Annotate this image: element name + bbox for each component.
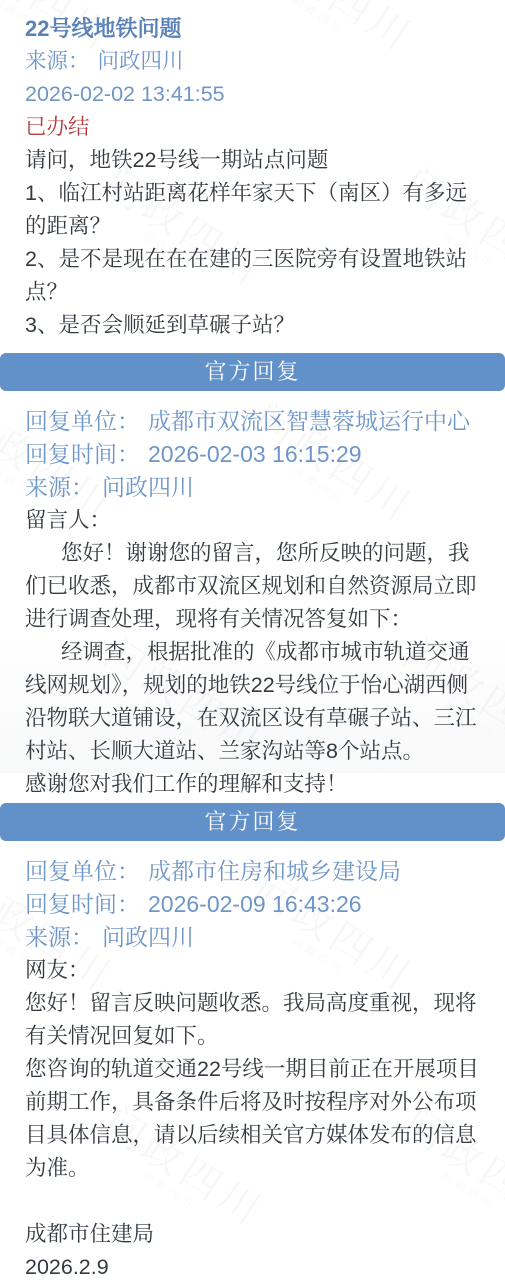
post-datetime: 2026-02-02 13:41:55 <box>0 78 505 111</box>
blank-line <box>25 1185 485 1218</box>
reply-time-row: 回复时间：2026-02-09 16:43:26 <box>25 888 485 921</box>
reply-unit-label: 回复单位： <box>25 858 140 884</box>
reply-paragraph: 您好！留言反映问题收悉。我局高度重视，现将有关情况回复如下。 <box>25 987 485 1053</box>
reply-time-value: 2026-02-09 16:43:26 <box>148 891 362 917</box>
reply-body: 留言人： 您好！谢谢您的留言，您所反映的问题，我们已收悉，成都市双流区规划和自然… <box>0 504 505 801</box>
reply-salutation: 网友： <box>25 954 485 987</box>
reply-meta: 回复单位：成都市双流区智慧蓉城运行中心 回复时间：2026-02-03 16:1… <box>0 405 505 504</box>
official-reply-banner: 官方回复 <box>0 353 505 391</box>
reply-source-row: 来源：问政四川 <box>25 921 485 954</box>
reply-section-1: 回复单位：成都市双流区智慧蓉城运行中心 回复时间：2026-02-03 16:1… <box>0 405 505 801</box>
reply-signature: 成都市住建局 <box>25 1218 485 1251</box>
question-body: 请问，地铁22号线一期站点问题 1、临江村站距离花样年家天下（南区）有多远的距离… <box>0 144 505 342</box>
reply-body: 网友： 您好！留言反映问题收悉。我局高度重视，现将有关情况回复如下。 您咨询的轨… <box>0 954 505 1280</box>
reply-time-value: 2026-02-03 16:15:29 <box>148 441 362 467</box>
question-line: 请问，地铁22号线一期站点问题 <box>25 144 485 177</box>
reply-meta: 回复单位：成都市住房和城乡建设局 回复时间：2026-02-09 16:43:2… <box>0 855 505 954</box>
official-reply-banner: 官方回复 <box>0 803 505 841</box>
post-source-row: 来源：问政四川 <box>0 45 505 78</box>
reply-paragraph: 您咨询的轨道交通22号线一期目前正在开展项目前期工作，具备条件后将及时按程序对外… <box>25 1053 485 1185</box>
reply-source-label: 来源： <box>25 924 94 950</box>
question-line: 1、临江村站距离花样年家天下（南区）有多远的距离？ <box>25 177 485 243</box>
reply-source-value: 问政四川 <box>102 924 194 950</box>
reply-paragraph: 经调查，根据批准的《成都市城市轨道交通线网规划》，规划的地铁22号线位于怡心湖西… <box>25 636 485 768</box>
reply-source-value: 问政四川 <box>102 474 194 500</box>
question-line: 3、是否会顺延到草碾子站？ <box>25 309 485 342</box>
reply-signature-date: 2026.2.9 <box>25 1251 485 1280</box>
reply-source-row: 来源：问政四川 <box>25 471 485 504</box>
question-line: 2、是不是现在在在建的三医院旁有设置地铁站点？ <box>25 243 485 309</box>
post-detail-page: 问政四川问政四川问政四川问政四川问政四川问政四川问政四川问政四川问政四川问政四川… <box>0 0 505 1280</box>
reply-time-row: 回复时间：2026-02-03 16:15:29 <box>25 438 485 471</box>
reply-paragraph: 感谢您对我们工作的理解和支持！ <box>25 768 485 801</box>
post-title: 22号线地铁问题 <box>25 12 485 45</box>
source-label: 来源： <box>25 49 90 73</box>
reply-time-label: 回复时间： <box>25 441 140 467</box>
reply-section-2: 回复单位：成都市住房和城乡建设局 回复时间：2026-02-09 16:43:2… <box>0 855 505 1280</box>
reply-unit-row: 回复单位：成都市双流区智慧蓉城运行中心 <box>25 405 485 438</box>
reply-paragraph: 您好！谢谢您的留言，您所反映的问题，我们已收悉，成都市双流区规划和自然资源局立即… <box>25 537 485 636</box>
reply-salutation: 留言人： <box>25 504 485 537</box>
reply-source-label: 来源： <box>25 474 94 500</box>
reply-unit-value: 成都市双流区智慧蓉城运行中心 <box>148 408 470 434</box>
reply-unit-row: 回复单位：成都市住房和城乡建设局 <box>25 855 485 888</box>
reply-unit-label: 回复单位： <box>25 408 140 434</box>
reply-time-label: 回复时间： <box>25 891 140 917</box>
reply-unit-value: 成都市住房和城乡建设局 <box>148 858 401 884</box>
status-badge: 已办结 <box>0 111 505 144</box>
source-value: 问政四川 <box>98 49 184 73</box>
